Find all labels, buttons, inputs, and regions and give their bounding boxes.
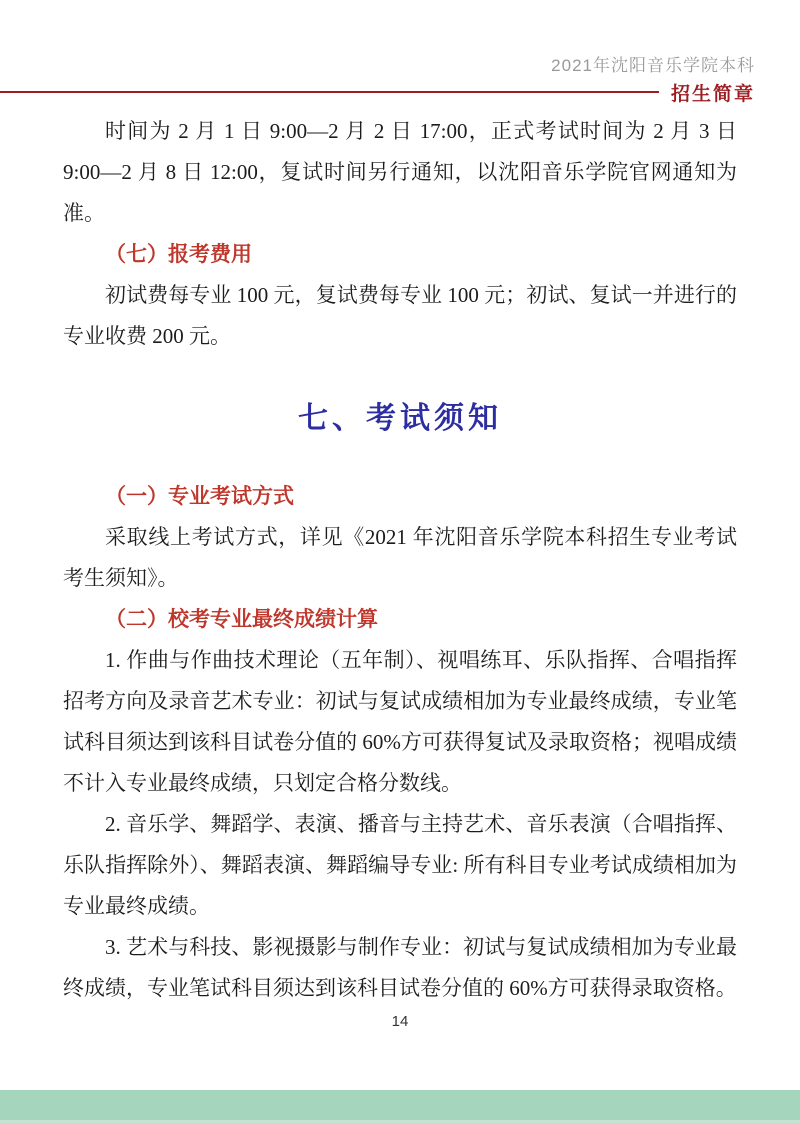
score-rule-item-3: 3. 艺术与科技、影视摄影与制作专业：初试与复试成绩相加为专业最终成绩，专业笔试… xyxy=(63,927,737,1009)
score-calculation-heading: （二）校考专业最终成绩计算 xyxy=(63,599,737,640)
page-number: 14 xyxy=(0,1013,800,1031)
document-title: 2021年沈阳音乐学院本科 xyxy=(0,55,755,77)
header-rule-line xyxy=(0,91,659,93)
exam-method-paragraph: 采取线上考试方式，详见《2021 年沈阳音乐学院本科招生专业考试考生须知》。 xyxy=(63,517,737,599)
exam-time-paragraph: 时间为 2 月 1 日 9:00—2 月 2 日 17:00，正式考试时间为 2… xyxy=(63,111,737,234)
page-header: 2021年沈阳音乐学院本科 招生简章 xyxy=(0,0,800,103)
fee-paragraph: 初试费每专业 100 元，复试费每专业 100 元；初试、复试一并进行的专业收费… xyxy=(63,275,737,357)
document-subtitle: 招生简章 xyxy=(671,79,755,106)
footer-green-bar xyxy=(0,1090,800,1123)
document-page: 2021年沈阳音乐学院本科 招生简章 时间为 2 月 1 日 9:00—2 月 … xyxy=(0,0,800,1123)
document-body: 时间为 2 月 1 日 9:00—2 月 2 日 17:00，正式考试时间为 2… xyxy=(0,103,800,1009)
chapter-heading: 七、考试须知 xyxy=(63,397,737,441)
header-rule-row: 招生简章 xyxy=(0,81,755,103)
exam-method-heading: （一）专业考试方式 xyxy=(63,476,737,517)
score-rule-item-1: 1. 作曲与作曲技术理论（五年制）、视唱练耳、乐队指挥、合唱指挥招考方向及录音艺… xyxy=(63,640,737,804)
fee-section-heading: （七）报考费用 xyxy=(63,234,737,275)
score-rule-item-2: 2. 音乐学、舞蹈学、表演、播音与主持艺术、音乐表演（合唱指挥、乐队指挥除外）、… xyxy=(63,804,737,927)
